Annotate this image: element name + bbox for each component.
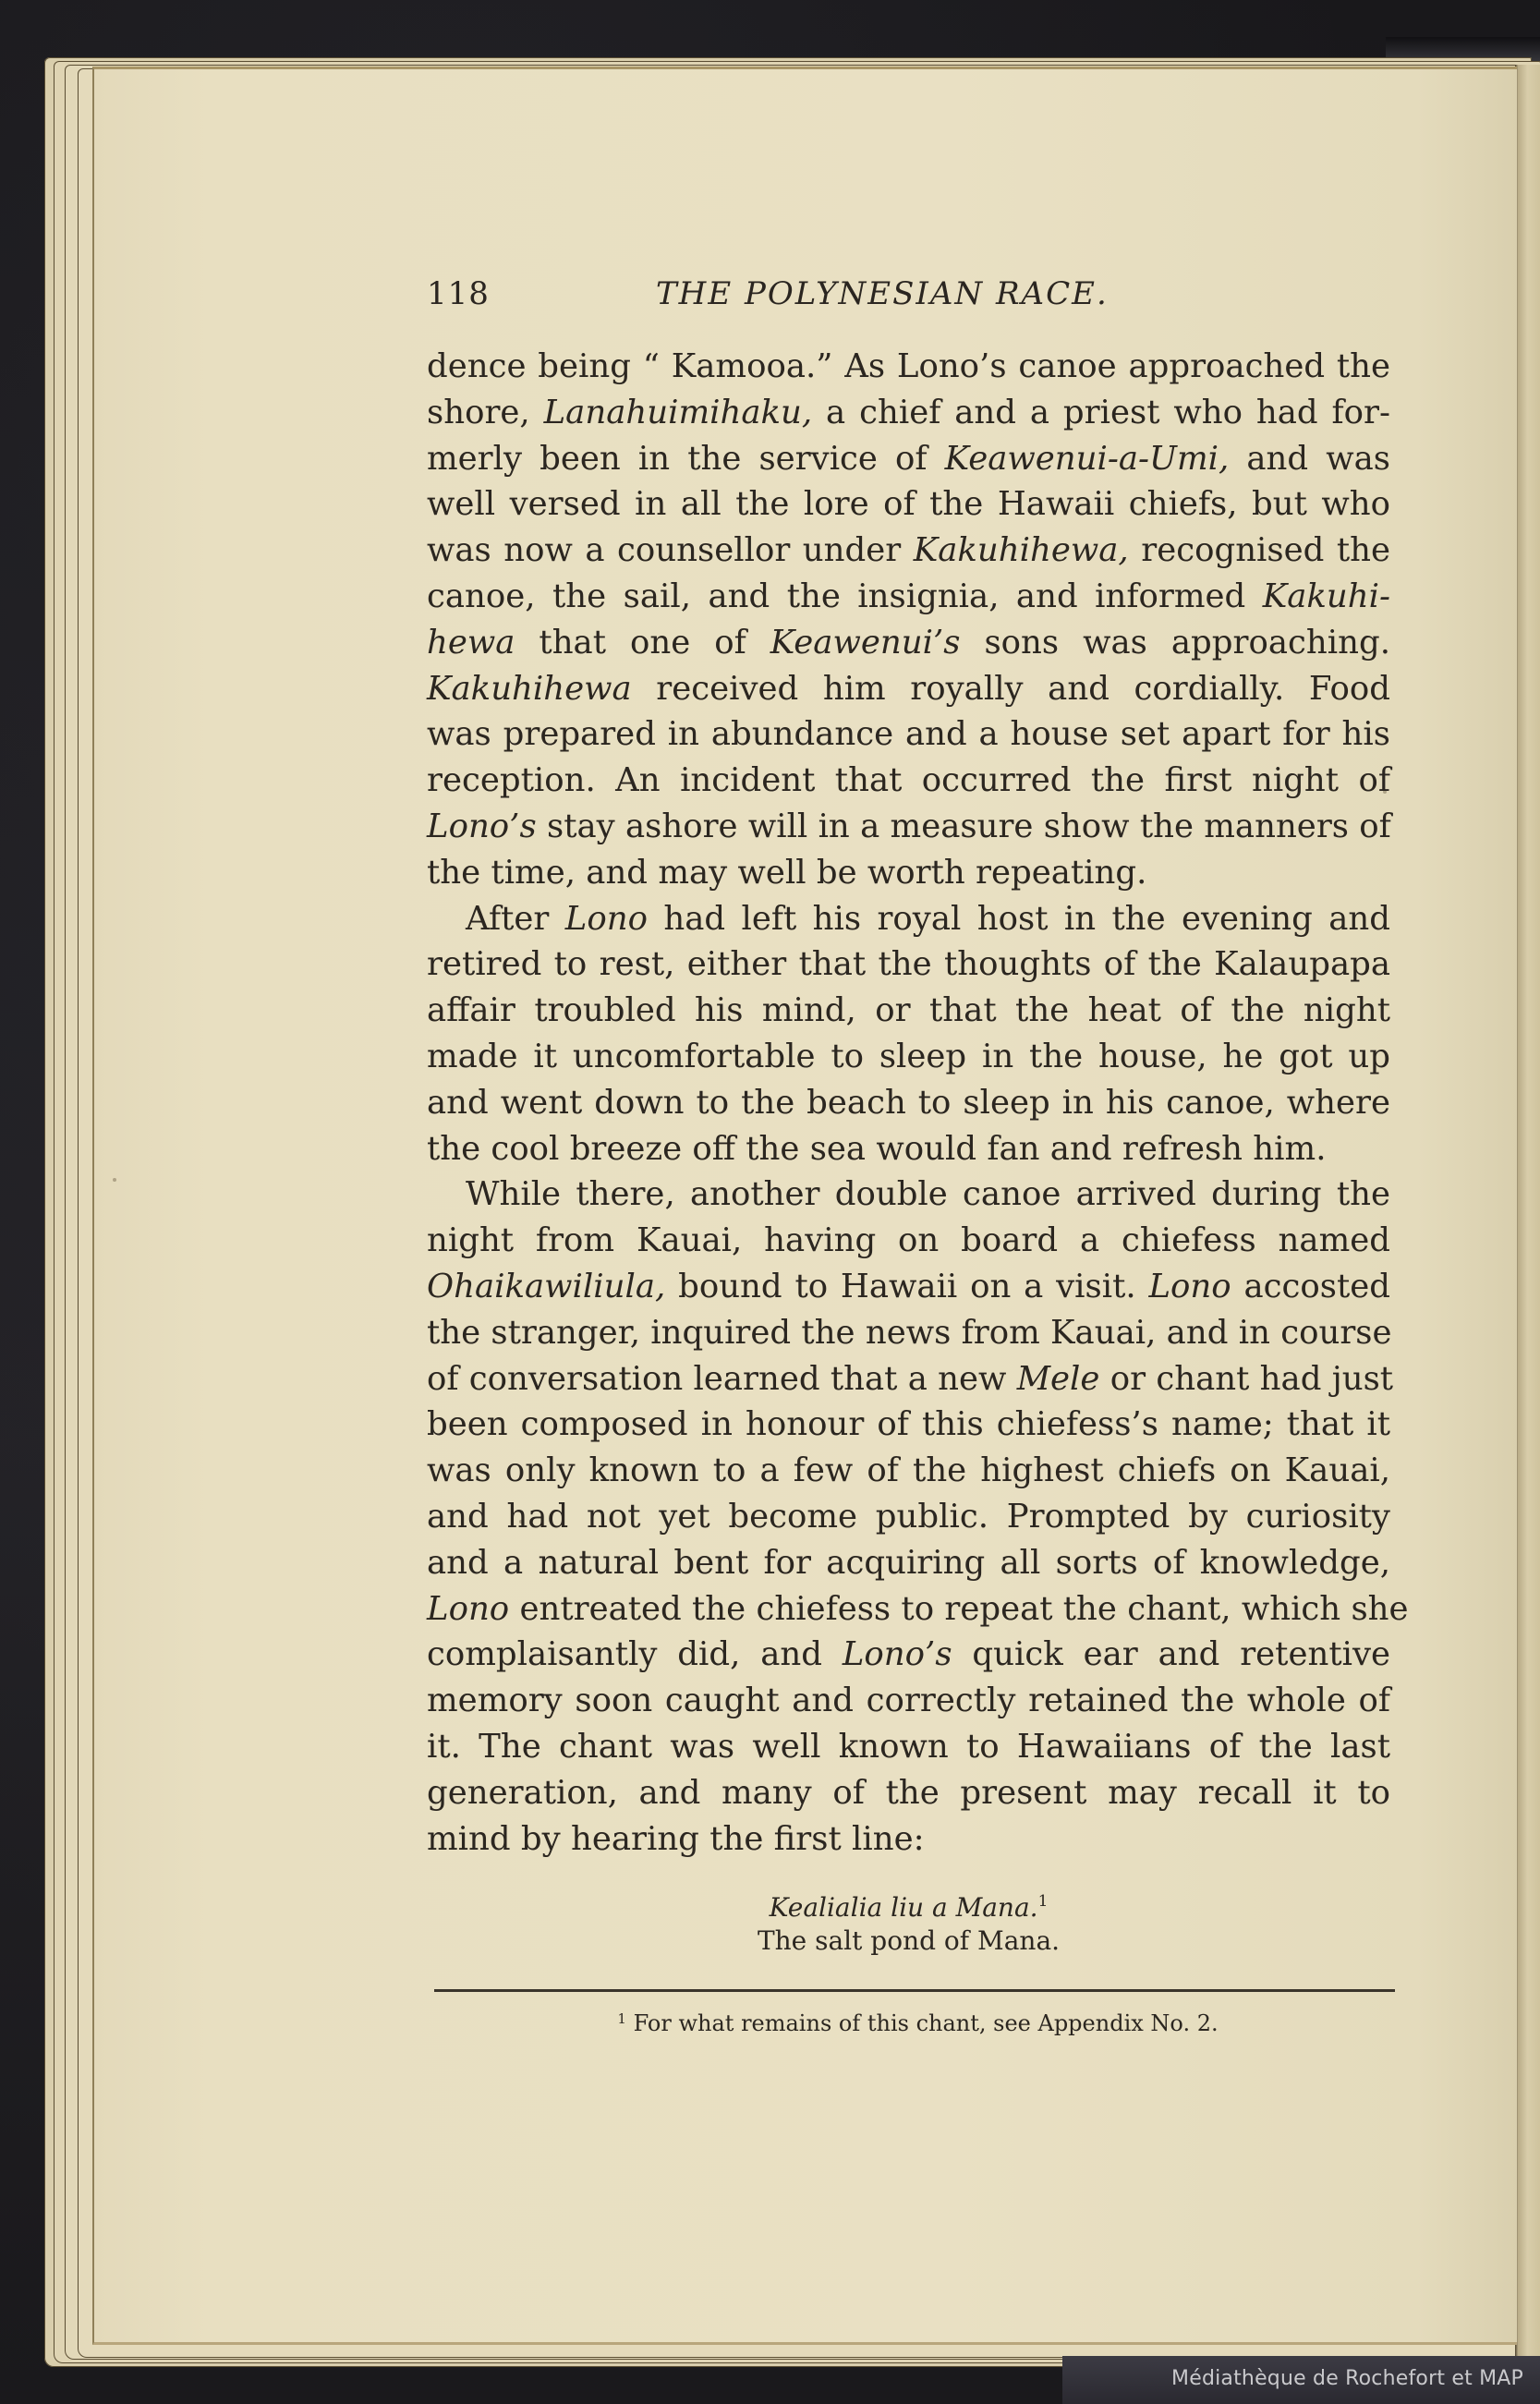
library-watermark: Médiathèque de Rochefort et MAP (1171, 2367, 1523, 2390)
text-line: the cool breeze off the sea would fan an… (427, 1126, 1390, 1172)
text-run: reception. An incident that occurred the… (427, 761, 1390, 799)
text-run: accosted (1231, 1268, 1390, 1305)
text-line: and went down to the beach to sleep in h… (427, 1080, 1390, 1126)
text-run: entreated the chiefess to repeat the cha… (509, 1590, 1408, 1628)
text-line: it. The chant was well known to Hawaiian… (427, 1724, 1390, 1770)
text-run: been composed in honour of this chiefess… (427, 1405, 1390, 1443)
body-text: dence being “ Kamooa.” As Lono’s canoe a… (427, 344, 1390, 1862)
running-title: THE POLYNESIAN RACE. (656, 275, 1109, 312)
text-run: or chant had just (1099, 1360, 1393, 1398)
text-run: received him royally and cordially. Food (632, 670, 1390, 708)
text-run: the cool breeze off the sea would fan an… (427, 1130, 1326, 1168)
text-run: was only known to a few of the highest c… (427, 1451, 1390, 1489)
text-line: generation, and many of the present may … (427, 1770, 1390, 1816)
italic-name: Kakuhi- (1263, 577, 1390, 615)
text-line: was now a counsellor under Kakuhihewa, r… (427, 528, 1390, 574)
text-run: the time, and may well be worth repeatin… (427, 854, 1146, 892)
text-run: mind by hearing the first line: (427, 1820, 925, 1858)
text-run: dence being “ Kamooa.” As Lono’s canoe a… (427, 347, 1390, 385)
text-run: made it uncomfortable to sleep in the ho… (427, 1038, 1390, 1075)
text-run: retired to rest, either that the thought… (427, 945, 1390, 983)
text-line: retired to rest, either that the thought… (427, 941, 1390, 988)
italic-name: Kakuhihewa, (914, 531, 1129, 569)
text-line: the stranger, inquired the news from Kau… (427, 1310, 1390, 1356)
verse-hawaiian-line: Kealialia liu a Mana. (770, 1892, 1038, 1923)
running-head: 118 THE POLYNESIAN RACE. (427, 275, 1397, 322)
text-run: had left his royal host in the evening a… (648, 900, 1390, 938)
text-line: affair troubled his mind, or that the he… (427, 988, 1390, 1034)
text-line: canoe, the sail, and the insignia, and i… (427, 574, 1390, 620)
italic-name: Keawenui’s (770, 624, 961, 662)
text-run: it. The chant was well known to Hawaiian… (427, 1728, 1390, 1766)
text-line: While there, another double canoe arrive… (427, 1172, 1390, 1218)
text-run: and had not yet become public. Prompted … (427, 1498, 1390, 1536)
book-gutter (1515, 65, 1540, 2356)
text-line: reception. An incident that occurred the… (427, 758, 1390, 804)
text-run: generation, and many of the present may … (427, 1774, 1390, 1812)
text-run: quick ear and retentive (952, 1635, 1390, 1673)
text-run: While there, another double canoe arrive… (466, 1175, 1390, 1213)
text-line: the time, and may well be worth repeatin… (427, 850, 1390, 896)
footnote-marker: 1 (617, 2010, 626, 2027)
text-run: was prepared in abundance and a house se… (427, 715, 1390, 753)
footnote-text: For what remains of this chant, see Appe… (634, 2010, 1219, 2036)
text-line: hewa that one of Keawenui’s sons was app… (427, 620, 1390, 666)
italic-name: Lono (427, 1590, 509, 1628)
text-run: night from Kauai, having on board a chie… (427, 1221, 1390, 1259)
text-line: Lono entreated the chiefess to repeat th… (427, 1586, 1390, 1633)
paper-speck (113, 1178, 116, 1182)
text-run: complaisantly did, and (427, 1635, 843, 1673)
text-run: the stranger, inquired the news from Kau… (427, 1314, 1392, 1352)
italic-name: Keawenui-a-Umi, (945, 440, 1230, 478)
page-number: 118 (427, 275, 490, 312)
text-line: merly been in the service of Keawenui-a-… (427, 436, 1390, 482)
italic-name: Lanahuimihaku, (544, 394, 813, 431)
text-line: shore, Lanahuimihaku, a chief and a prie… (427, 390, 1390, 436)
text-line: memory soon caught and correctly retaine… (427, 1678, 1390, 1724)
text-line: was only known to a few of the highest c… (427, 1448, 1390, 1494)
text-line: well versed in all the lore of the Hawai… (427, 481, 1390, 528)
verse-translation-line: The salt pond of Mana. (427, 1924, 1390, 1958)
text-run: merly been in the service of (427, 440, 945, 478)
text-run: a chief and a priest who had for- (812, 394, 1390, 431)
text-run: shore, (427, 394, 544, 431)
text-run: After (466, 900, 565, 938)
text-line: and had not yet become public. Prompted … (427, 1494, 1390, 1540)
italic-name: Ohaikawiliula, (427, 1268, 665, 1305)
text-line: complaisantly did, and Lono’s quick ear … (427, 1632, 1390, 1678)
italic-name: hewa (427, 624, 515, 662)
text-line: been composed in honour of this chiefess… (427, 1402, 1390, 1448)
italic-name: Lono (1148, 1268, 1231, 1305)
text-run: and was (1229, 440, 1390, 478)
text-run: was now a counsellor under (427, 531, 914, 569)
text-run: and went down to the beach to sleep in h… (427, 1084, 1390, 1122)
italic-name: Lono (565, 900, 648, 938)
text-run: of conversation learned that a new (427, 1360, 1017, 1398)
text-line: After Lono had left his royal host in th… (427, 896, 1390, 942)
text-run: stay ashore will in a measure show the m… (537, 807, 1391, 845)
text-line: and a natural bent for acquiring all sor… (427, 1540, 1390, 1586)
italic-name: Lono’s (427, 807, 537, 845)
italic-name: Mele (1017, 1360, 1100, 1398)
text-line: was prepared in abundance and a house se… (427, 711, 1390, 758)
text-run: affair troubled his mind, or that the he… (427, 991, 1390, 1029)
text-run: that one of (515, 624, 770, 662)
text-run: sons was approaching. (960, 624, 1390, 662)
text-line: made it uncomfortable to sleep in the ho… (427, 1034, 1390, 1080)
text-line: Lono’s stay ashore will in a measure sho… (427, 804, 1390, 850)
text-run: recognised the (1129, 531, 1390, 569)
text-run: bound to Hawaii on a visit. (665, 1268, 1148, 1305)
text-line: mind by hearing the first line: (427, 1816, 1390, 1863)
text-run: well versed in all the lore of the Hawai… (427, 485, 1390, 523)
text-line: Kakuhihewa received him royally and cord… (427, 666, 1390, 712)
text-line: of conversation learned that a new Mele … (427, 1356, 1390, 1402)
footnote-reference: 1 (1038, 1892, 1049, 1911)
footnote: 1 For what remains of this chant, see Ap… (427, 2010, 1390, 2036)
verse-quote: Kealialia liu a Mana.1 The salt pond of … (427, 1885, 1390, 1958)
text-run: and a natural bent for acquiring all sor… (427, 1544, 1390, 1582)
text-run: canoe, the sail, and the insignia, and i… (427, 577, 1263, 615)
italic-name: Kakuhihewa (427, 670, 632, 708)
text-run: memory soon caught and correctly retaine… (427, 1682, 1390, 1719)
text-line: dence being “ Kamooa.” As Lono’s canoe a… (427, 344, 1390, 390)
footnote-divider (434, 1989, 1395, 1992)
italic-name: Lono’s (843, 1635, 952, 1673)
text-line: night from Kauai, having on board a chie… (427, 1218, 1390, 1264)
text-line: Ohaikawiliula, bound to Hawaii on a visi… (427, 1264, 1390, 1310)
